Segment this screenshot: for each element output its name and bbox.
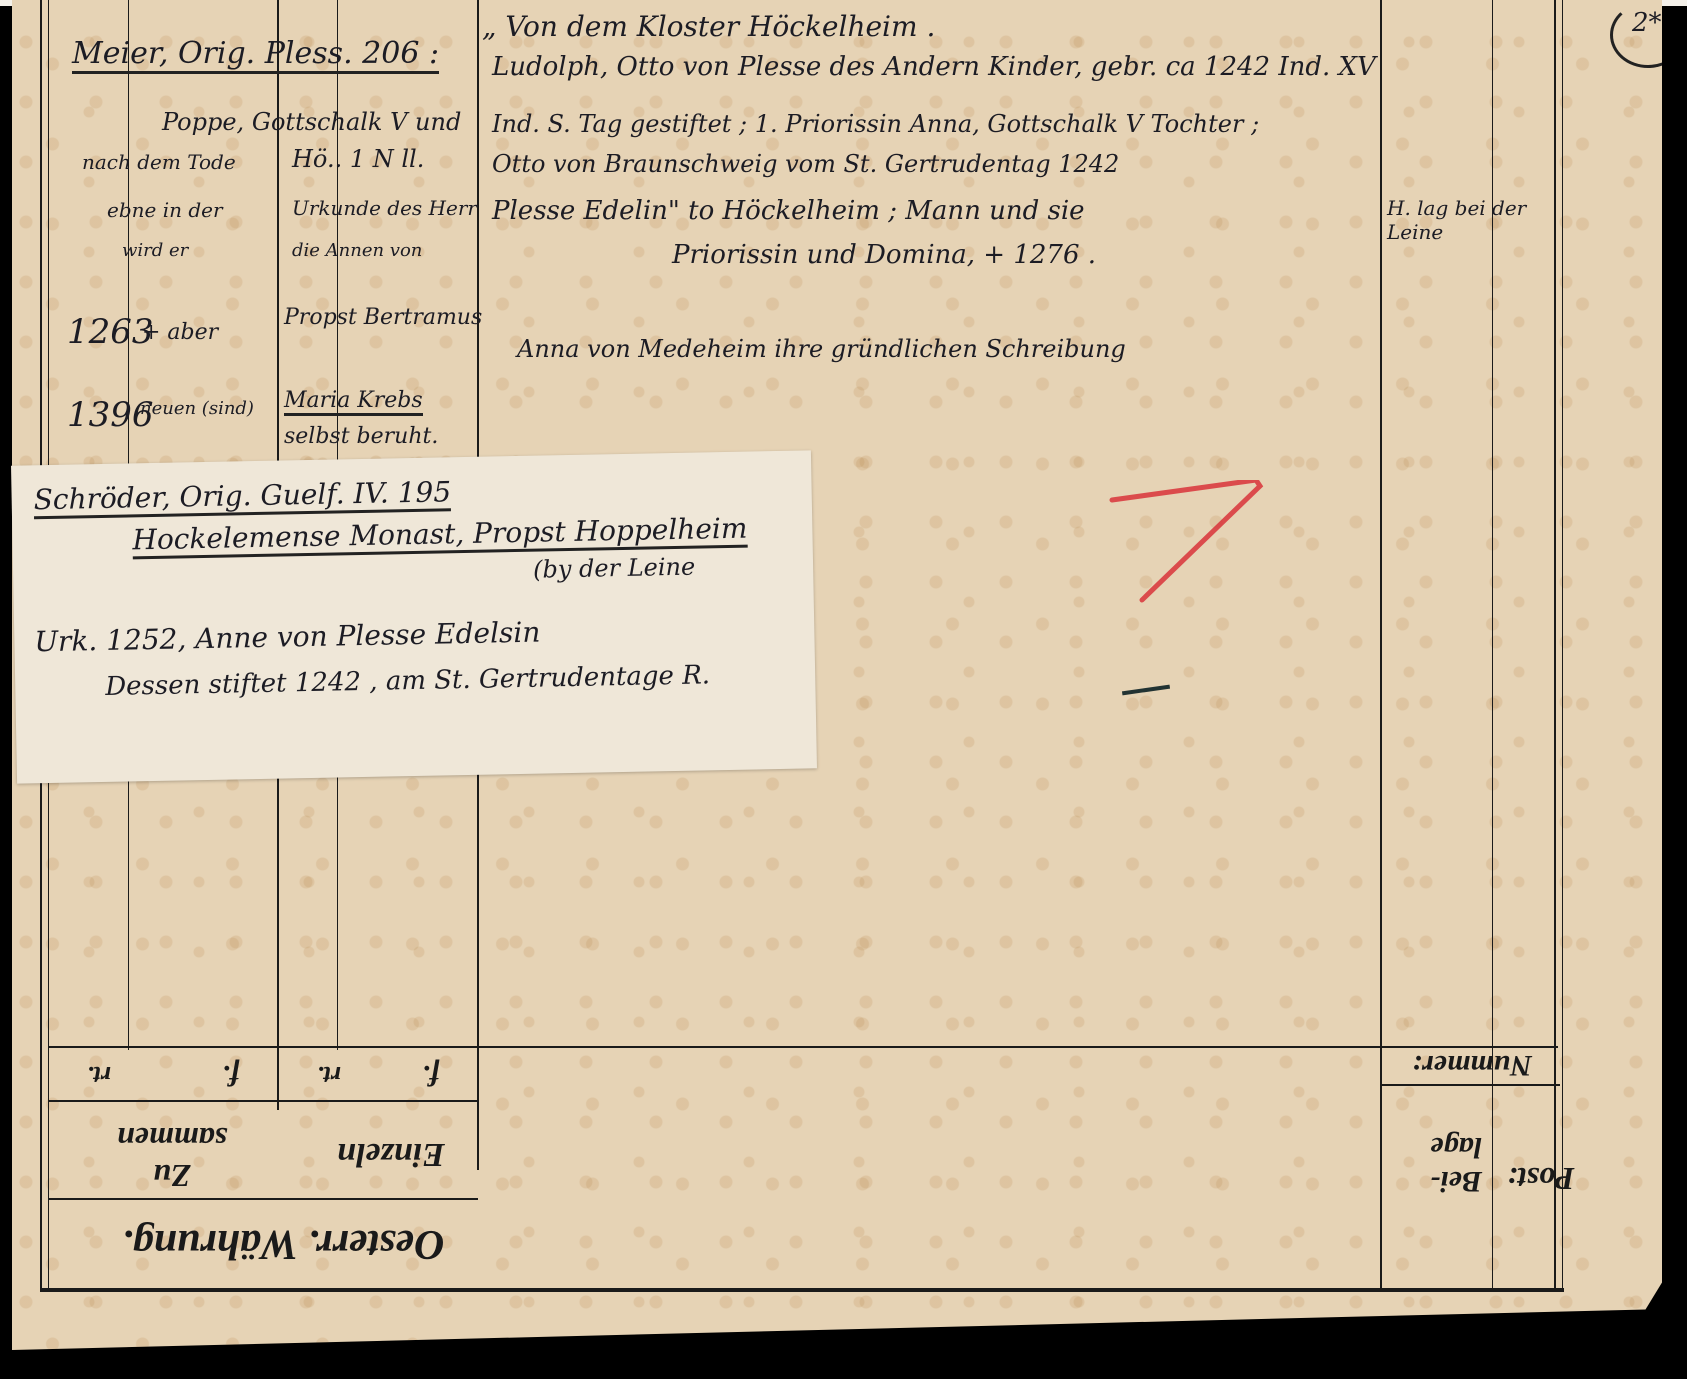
- form-label-nummer: Nummer:: [1412, 1048, 1532, 1082]
- slip-line-2: Hockelemense Monast, Propst Hoppelheim: [132, 512, 748, 560]
- rule-h-2: [48, 1100, 478, 1102]
- pasted-note-slip: Schröder, Orig. Guelf. IV. 195 Hockeleme…: [11, 450, 817, 783]
- entry-line-2: Ludolph, Otto von Plesse des Andern Kind…: [492, 52, 1376, 82]
- entry-left-g: die Annen von: [292, 240, 422, 261]
- form-label-rt-1: rt.: [87, 1060, 111, 1090]
- row3-col-a: neuen (sind): [140, 398, 254, 419]
- source-citation: Meier, Orig. Pless. 206 :: [72, 36, 439, 74]
- entry-line-5: Plesse Edelin" to Höckelheim ; Mann und …: [492, 196, 1085, 226]
- entry-left-b: nach dem Tode: [82, 150, 236, 174]
- form-label-zusammen: Zu sammen: [102, 1120, 242, 1194]
- row2-col-b: Propst Bertramus: [284, 305, 482, 330]
- rule-right-4: [1562, 0, 1563, 1290]
- rule-right-1: [1380, 0, 1382, 1290]
- form-label-rt-2: rt.: [317, 1060, 341, 1090]
- row2-col-a: + aber: [142, 320, 218, 345]
- rule-right-3: [1554, 0, 1556, 1290]
- form-label-oesterr-waehrung: Oesterr. Währung.: [122, 1220, 445, 1268]
- form-label-post: Post:: [1507, 1160, 1575, 1197]
- margin-note: H. lag bei der Leine: [1387, 196, 1547, 244]
- entry-line-6: Priorissin und Domina, + 1276 .: [672, 240, 1096, 270]
- form-label-einzeln: Einzeln: [337, 1135, 445, 1173]
- entry-line-3: Ind. S. Tag gestiftet ; 1. Priorissin An…: [492, 110, 1259, 138]
- entry-left-c: Hö.. 1 N ll.: [292, 145, 424, 173]
- form-label-f-2: f.: [422, 1058, 440, 1092]
- form-label-beilage: Bei- lage: [1402, 1130, 1482, 1198]
- row3-col-b: Maria Krebs: [284, 388, 423, 416]
- slip-line-1: Schröder, Orig. Guelf. IV. 195: [33, 475, 451, 519]
- row3-col-c: selbst beruht.: [284, 424, 438, 449]
- row3-text: Anna von Medeheim ihre gründlichen Schre…: [517, 335, 1126, 363]
- entry-left-f: wird er: [122, 240, 188, 261]
- rule-h-1: [48, 1046, 1558, 1048]
- entry-left-e: Urkunde des Herr: [292, 196, 477, 220]
- entry-left-d: ebne in der: [107, 198, 223, 222]
- red-pencil-mark: [1062, 480, 1282, 620]
- slip-line-4: Urk. 1252, Anne von Plesse Edelsin: [34, 616, 541, 659]
- year-1263: 1263: [67, 312, 154, 352]
- form-label-f-1: f.: [222, 1058, 240, 1092]
- entry-left-a: Poppe, Gottschalk V und: [162, 108, 461, 136]
- slip-line-3: (by der Leine: [533, 553, 696, 584]
- page-number: 2*: [1632, 8, 1662, 38]
- entry-line-4: Otto von Braunschweig vom St. Gertrudent…: [492, 150, 1119, 178]
- rule-right-2: [1492, 0, 1493, 1290]
- entry-title: „ Von dem Kloster Höckelheim .: [482, 10, 935, 43]
- rule-h-bottom: [40, 1288, 1564, 1292]
- ink-stroke: [1122, 685, 1170, 696]
- slip-line-5: Dessen stiftet 1242 , am St. Gertrudenta…: [105, 660, 710, 702]
- rule-h-4: [1380, 1084, 1560, 1086]
- rule-h-3: [48, 1198, 478, 1200]
